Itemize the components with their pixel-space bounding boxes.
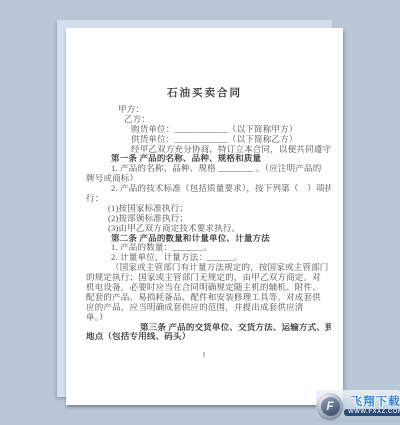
- document-line: 甲方：: [86, 105, 331, 115]
- document-line: (3)由甲乙双方商定技术要求执行。: [86, 224, 331, 234]
- document-line: 配套的产品、易损耗备品、配件和安装修理工具等。对成套供: [86, 293, 331, 303]
- document-line: （国家或主管部门有计量方法规定的，按国家或主管部门: [86, 263, 331, 273]
- contract-title: 石油买卖合同: [66, 85, 343, 100]
- document-line: 机电设备，必要时应当在合同明确规定随主机的辅机、附件、: [86, 283, 331, 293]
- contract-page: 石油买卖合同 甲方：乙方：购货单位：____________（以下简称甲方）供货…: [66, 28, 343, 405]
- background: { "page": { "title": "石油买卖合同", "lines": …: [0, 0, 400, 425]
- document-line: 经甲乙双方充分协商，特订立本合同，以便共同遵守。: [86, 145, 331, 155]
- document-line: 第二条 产品的数量和计量单位、计量方法: [86, 234, 331, 244]
- document-line: 乙方：: [86, 115, 331, 125]
- document-body: 甲方：乙方：购货单位：____________（以下简称甲方）供货单位：____…: [86, 105, 331, 342]
- watermark: F 飞翔下载 WWW.FXXZ.COM: [316, 390, 400, 422]
- page-artifact-speck: [203, 352, 205, 357]
- document-line: 购货单位：____________（以下简称甲方）: [86, 125, 331, 135]
- watermark-url-badge: WWW.FXXZ.COM: [344, 409, 400, 416]
- document-line: (1)按国家标准执行；: [86, 204, 331, 214]
- document-line: 1. 产品的名称、品种、规格 ________ 。（应注明产品的: [86, 164, 331, 174]
- document-line: 地点（包括专用线、码头）: [86, 332, 331, 342]
- document-line: 应的产品，应当明确成套供应的范围，并提出成套供应清: [86, 303, 331, 313]
- document-line: 第一条 产品的名称、品种、规格和质量: [86, 154, 331, 164]
- document-line: 牌号或商标）: [86, 174, 331, 184]
- document-line: 2. 计量单位，计量方法：______。: [86, 253, 331, 263]
- document-line: (2)按部颁标准执行；: [86, 214, 331, 224]
- document-line: 供货单位：____________（以下简称乙方）: [86, 135, 331, 145]
- document-line: 第三条 产品的交货单位、交货方法、运输方式、到货: [86, 323, 331, 333]
- document-line: 单。）: [86, 313, 331, 323]
- document-line: 的规定执行；国家或主管部门无规定的，由甲乙双方商定。对: [86, 273, 331, 283]
- document-line: 2. 产品的技术标准（包括质量要求），按下列第（ ）项执: [86, 184, 331, 194]
- watermark-brand-text: 飞翔下载: [351, 396, 400, 408]
- fxxz-logo-icon: F: [317, 393, 343, 419]
- fxxz-logo-letter: F: [321, 397, 340, 416]
- watermark-text-block: 飞翔下载 WWW.FXXZ.COM: [344, 396, 400, 416]
- document-line: 行：: [86, 194, 331, 204]
- document-line: 1. 产品的数量：_______。: [86, 243, 331, 253]
